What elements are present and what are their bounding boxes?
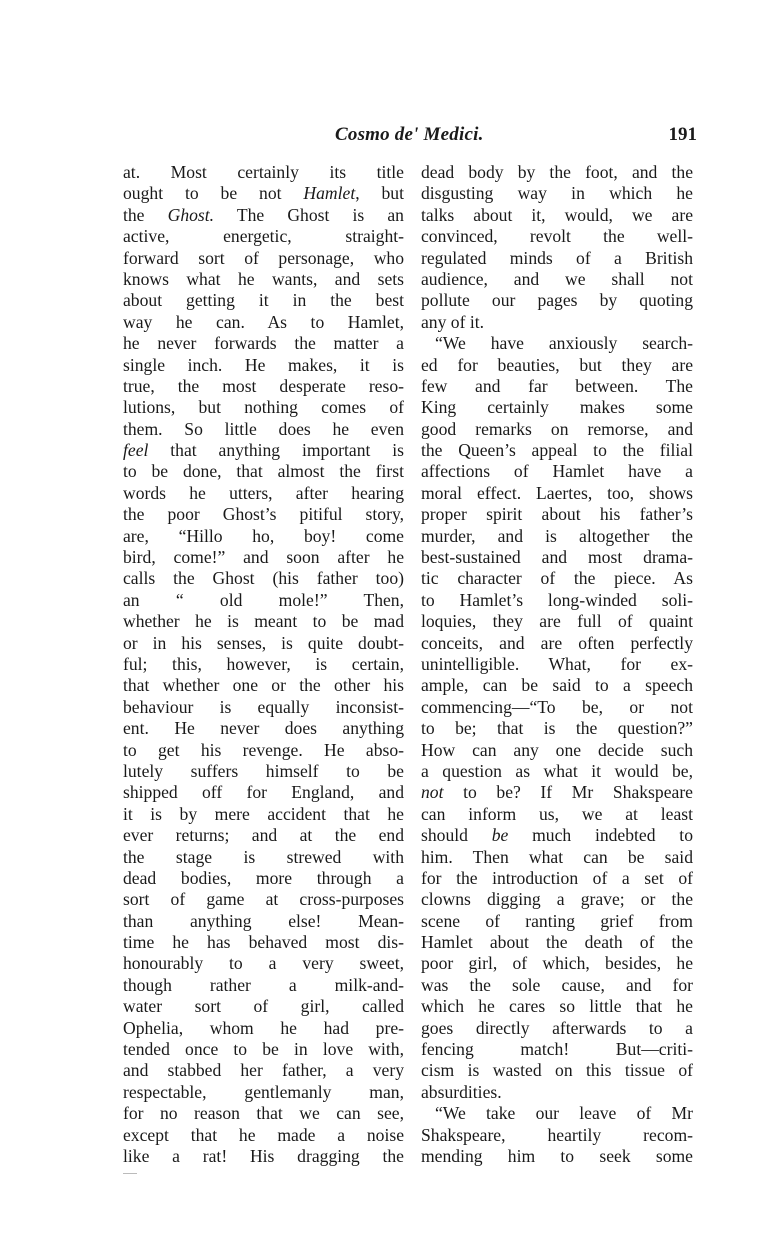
text-line: King certainly makes some	[421, 397, 693, 418]
text-line: scene of ranting grief from	[421, 911, 693, 932]
text-line: commencing—“To be, or not	[421, 697, 693, 718]
text-line: should be much indebted to	[421, 825, 693, 846]
text-line: honourably to a very sweet,	[123, 953, 404, 974]
text-line: him. Then what can be said	[421, 847, 693, 868]
text-line: proper spirit about his father’s	[421, 504, 693, 525]
text-line: words he utters, after hearing	[123, 483, 404, 504]
text-line: dead bodies, more through a	[123, 868, 404, 889]
text-line: Hamlet about the death of the	[421, 932, 693, 953]
text-line: regulated minds of a British	[421, 248, 693, 269]
text-run: The Ghost is an	[214, 205, 404, 225]
text-line: water sort of girl, called	[123, 996, 404, 1017]
text-line: sort of game at cross-purposes	[123, 889, 404, 910]
text-line: behaviour is equally inconsist-	[123, 697, 404, 718]
text-line: goes directly afterwards to a	[421, 1018, 693, 1039]
text-line: lutely suffers himself to be	[123, 761, 404, 782]
text-line: few and far between. The	[421, 376, 693, 397]
footer-rule	[123, 1173, 137, 1174]
text-line: not to be? If Mr Shakspeare	[421, 782, 693, 803]
italic-text: feel	[123, 440, 148, 460]
italic-text: Ghost.	[168, 205, 214, 225]
text-line: ever returns; and at the end	[123, 825, 404, 846]
text-line: “We have anxiously search-	[421, 333, 693, 354]
text-line: though rather a milk-and-	[123, 975, 404, 996]
text-line: to be done, that almost the first	[123, 461, 404, 482]
text-line: Shakspeare, heartily recom-	[421, 1125, 693, 1146]
text-line: forward sort of personage, who	[123, 248, 404, 269]
text-line: the stage is strewed with	[123, 847, 404, 868]
text-line: active, energetic, straight-	[123, 226, 404, 247]
text-line: can inform us, we at least	[421, 804, 693, 825]
text-run: that anything important is	[148, 440, 404, 460]
text-line: dead body by the foot, and the	[421, 162, 693, 183]
text-line: the Queen’s appeal to the filial	[421, 440, 693, 461]
text-line: poor girl, of which, besides, he	[421, 953, 693, 974]
text-line: for no reason that we can see,	[123, 1103, 404, 1124]
text-line: and stabbed her father, a very	[123, 1060, 404, 1081]
text-line: convinced, revolt the well-	[421, 226, 693, 247]
text-line: affections of Hamlet have a	[421, 461, 693, 482]
text-line: shipped off for England, and	[123, 782, 404, 803]
text-line: way he can. As to Hamlet,	[123, 312, 404, 333]
text-line: murder, and is altogether the	[421, 526, 693, 547]
text-line: to Hamlet’s long-winded soli-	[421, 590, 693, 611]
left-column: at. Most certainly its titleought to be …	[123, 162, 404, 1167]
text-line: them. So little does he even	[123, 419, 404, 440]
text-line: Ophelia, whom he had pre-	[123, 1018, 404, 1039]
text-line: single inch. He makes, it is	[123, 355, 404, 376]
text-run: the	[123, 205, 168, 225]
text-line: for the introduction of a set of	[421, 868, 693, 889]
text-line: best-sustained and most drama-	[421, 547, 693, 568]
text-line: true, the most desperate reso-	[123, 376, 404, 397]
text-line: time he has behaved most dis-	[123, 932, 404, 953]
book-page: Cosmo de' Medici. 191 at. Most certainly…	[0, 0, 767, 1249]
text-line: knows what he wants, and sets	[123, 269, 404, 290]
italic-text: be	[492, 825, 509, 845]
text-line: audience, and we shall not	[421, 269, 693, 290]
running-title: Cosmo de' Medici.	[335, 124, 484, 146]
text-line: clowns digging a grave; or the	[421, 889, 693, 910]
text-line: except that he made a noise	[123, 1125, 404, 1146]
text-line: ent. He never does anything	[123, 718, 404, 739]
text-line: absurdities.	[421, 1082, 693, 1103]
text-line: How can any one decide such	[421, 740, 693, 761]
text-line: about getting it in the best	[123, 290, 404, 311]
text-line: “We take our leave of Mr	[421, 1103, 693, 1124]
text-line: are, “Hillo ho, boy! come	[123, 526, 404, 547]
text-line: the poor Ghost’s pitiful story,	[123, 504, 404, 525]
text-line: an “ old mole!” Then,	[123, 590, 404, 611]
text-line: a question as what it would be,	[421, 761, 693, 782]
text-line: he never forwards the matter a	[123, 333, 404, 354]
text-line: cism is wasted on this tissue of	[421, 1060, 693, 1081]
text-line: feel that anything important is	[123, 440, 404, 461]
text-line: pollute our pages by quoting	[421, 290, 693, 311]
text-line: fencing match! But—criti-	[421, 1039, 693, 1060]
text-run: should	[421, 825, 492, 845]
text-line: unintelligible. What, for ex-	[421, 654, 693, 675]
text-line: to be; that is the question?”	[421, 718, 693, 739]
text-line: or in his senses, is quite doubt-	[123, 633, 404, 654]
running-head: Cosmo de' Medici. 191	[121, 124, 695, 150]
text-line: talks about it, would, we are	[421, 205, 693, 226]
text-line: the Ghost. The Ghost is an	[123, 205, 404, 226]
text-line: respectable, gentlemanly man,	[123, 1082, 404, 1103]
text-run: much indebted to	[508, 825, 693, 845]
right-column: dead body by the foot, and thedisgusting…	[421, 162, 693, 1167]
text-line: mending him to seek some	[421, 1146, 693, 1167]
text-run: ought to be not	[123, 183, 303, 203]
text-line: than anything else! Mean-	[123, 911, 404, 932]
text-line: at. Most certainly its title	[123, 162, 404, 183]
italic-text: Hamlet	[303, 183, 355, 203]
text-line: like a rat! His dragging the	[123, 1146, 404, 1167]
text-line: it is by mere accident that he	[123, 804, 404, 825]
text-run: , but	[355, 183, 404, 203]
italic-text: not	[421, 782, 443, 802]
text-line: tended once to be in love with,	[123, 1039, 404, 1060]
text-line: lutions, but nothing comes of	[123, 397, 404, 418]
text-line: conceits, and are often perfectly	[421, 633, 693, 654]
text-line: to get his revenge. He abso-	[123, 740, 404, 761]
text-line: good remarks on remorse, and	[421, 419, 693, 440]
text-run: to be? If Mr Shakspeare	[443, 782, 693, 802]
text-line: which he cares so little that he	[421, 996, 693, 1017]
text-line: bird, come!” and soon after he	[123, 547, 404, 568]
text-line: moral effect. Laertes, too, shows	[421, 483, 693, 504]
text-line: tic character of the piece. As	[421, 568, 693, 589]
text-line: that whether one or the other his	[123, 675, 404, 696]
text-line: whether he is meant to be mad	[123, 611, 404, 632]
page-number: 191	[669, 124, 698, 146]
text-line: ample, can be said to a speech	[421, 675, 693, 696]
text-line: any of it.	[421, 312, 693, 333]
text-line: loquies, they are full of quaint	[421, 611, 693, 632]
text-line: ed for beauties, but they are	[421, 355, 693, 376]
text-line: disgusting way in which he	[421, 183, 693, 204]
text-line: ought to be not Hamlet, but	[123, 183, 404, 204]
text-line: calls the Ghost (his father too)	[123, 568, 404, 589]
text-line: ful; this, however, is certain,	[123, 654, 404, 675]
text-line: was the sole cause, and for	[421, 975, 693, 996]
